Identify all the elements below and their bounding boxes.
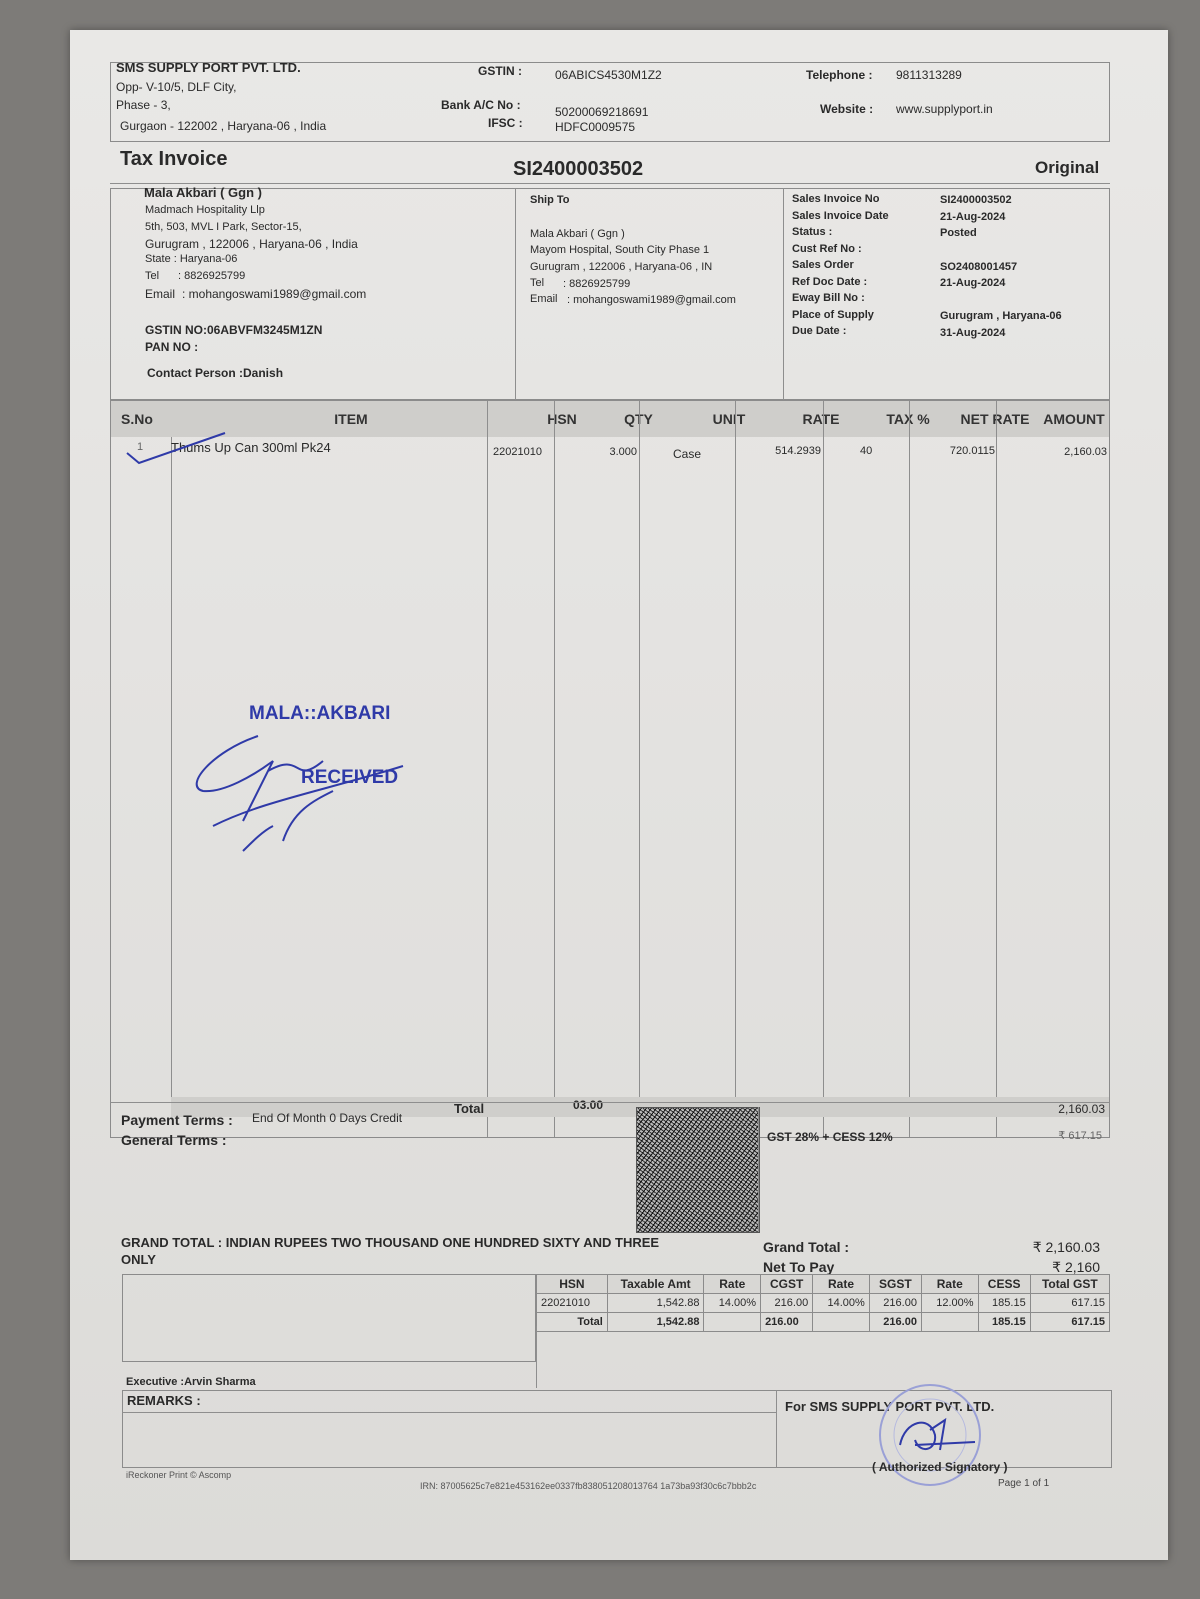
- company-name: SMS SUPPLY PORT PVT. LTD.: [116, 60, 301, 75]
- bank-label: Bank A/C No :: [441, 98, 521, 112]
- ship-to-email-label: Email: [530, 293, 558, 305]
- grand-total-label: Grand Total :: [763, 1239, 849, 1255]
- checkmark-icon: [125, 431, 235, 471]
- gst-cell: 1,542.88: [607, 1294, 704, 1313]
- gst-col-hsn: HSN: [537, 1275, 608, 1294]
- gst-cell: 216.00: [761, 1313, 813, 1332]
- page-number: Page 1 of 1: [998, 1478, 1049, 1489]
- website-label: Website :: [820, 102, 873, 116]
- meta-label: Eway Bill No :: [792, 292, 865, 304]
- meta-label: Place of Supply: [792, 309, 874, 321]
- software-credit: iReckoner Print © Ascomp: [126, 1470, 231, 1480]
- company-address-1: Opp- V-10/5, DLF City,: [116, 80, 237, 94]
- gst-cell: 185.15: [978, 1294, 1030, 1313]
- col-rate: RATE: [777, 401, 865, 437]
- ship-to-tel-label: Tel: [530, 277, 544, 289]
- gst-cell: 12.00%: [921, 1294, 978, 1313]
- handwritten-signature-icon: [183, 731, 423, 861]
- row-hsn: 22021010: [493, 446, 542, 458]
- document-title: Tax Invoice: [120, 148, 227, 171]
- ship-to-heading: Ship To: [530, 194, 570, 206]
- invoice-number: SI2400003502: [513, 158, 643, 181]
- bill-to-email-label: Email: [145, 287, 175, 301]
- gst-cell: 22021010: [537, 1294, 608, 1313]
- meta-label: Sales Invoice Date: [792, 210, 889, 222]
- row-amount: 2,160.03: [1011, 446, 1107, 458]
- total-amount: 2,160.03: [1011, 1102, 1105, 1116]
- gst-col-cess-rate: Rate: [921, 1275, 978, 1294]
- gst-col-cgst-rate: Rate: [704, 1275, 761, 1294]
- gst-row: 22021010 1,542.88 14.00% 216.00 14.00% 2…: [537, 1294, 1110, 1313]
- received-stamp-name: MALA::AKBARI: [249, 703, 390, 725]
- meta-label: Due Date :: [792, 325, 846, 337]
- telephone-label: Telephone :: [806, 68, 872, 82]
- copy-type: Original: [1035, 158, 1099, 178]
- meta-value: Posted: [940, 227, 977, 239]
- gst-cell: 1,542.88: [607, 1313, 704, 1332]
- total-qty: 03.00: [573, 1098, 603, 1112]
- remarks-label: REMARKS :: [127, 1393, 201, 1408]
- gst-col-cgst: CGST: [761, 1275, 813, 1294]
- bill-to-state: State : Haryana-06: [145, 253, 237, 265]
- meta-value: SO2408001457: [940, 261, 1017, 273]
- irn: IRN: 87005625c7e821e453162ee0337fb838051…: [420, 1481, 756, 1491]
- row-rate: 514.2939: [741, 445, 821, 457]
- gst-breakdown-table: HSN Taxable Amt Rate CGST Rate SGST Rate…: [536, 1274, 1110, 1332]
- gst-cell: 14.00%: [704, 1294, 761, 1313]
- qr-code: [636, 1107, 760, 1233]
- gst-cell: 216.00: [869, 1313, 921, 1332]
- ifsc-label: IFSC :: [488, 116, 523, 130]
- meta-value: 21-Aug-2024: [940, 211, 1005, 223]
- col-amount: AMOUNT: [1039, 401, 1109, 437]
- bill-to-company: Madmach Hospitality Llp: [145, 204, 265, 216]
- gst-cell: 216.00: [869, 1294, 921, 1313]
- meta-label: Ref Doc Date :: [792, 276, 867, 288]
- ship-to-email: : mohangoswami1989@gmail.com: [567, 294, 736, 306]
- col-unit: UNIT: [681, 401, 777, 437]
- meta-value: Gurugram , Haryana-06: [940, 310, 1062, 322]
- gst-col-cess: CESS: [978, 1275, 1030, 1294]
- general-terms-label: General Terms :: [121, 1132, 227, 1148]
- gst-col-sgst: SGST: [869, 1275, 921, 1294]
- bill-to-address-2: Gurugram , 122006 , Haryana-06 , India: [145, 237, 358, 251]
- gst-col-total: Total GST: [1030, 1275, 1109, 1294]
- website-link[interactable]: www.supplyport.in: [896, 102, 993, 116]
- items-table-header: S.No ITEM HSN QTY UNIT RATE TAX % NET RA…: [111, 401, 1109, 437]
- gst-col-taxable: Taxable Amt: [607, 1275, 704, 1294]
- items-table: S.No ITEM HSN QTY UNIT RATE TAX % NET RA…: [110, 400, 1110, 1138]
- bill-to-address-1: 5th, 503, MVL I Park, Sector-15,: [145, 221, 302, 233]
- gst-cell: 185.15: [978, 1313, 1030, 1332]
- bill-to-contact: Contact Person :Danish: [147, 366, 283, 380]
- meta-label: Sales Order: [792, 259, 854, 271]
- bill-to-name: Mala Akbari ( Ggn ): [144, 185, 262, 200]
- executive: Executive :Arvin Sharma: [126, 1376, 256, 1388]
- meta-label: Status :: [792, 226, 832, 238]
- gst-cell: 617.15: [1030, 1313, 1109, 1332]
- total-label: Total: [454, 1101, 484, 1116]
- bill-to-gstin: GSTIN NO:06ABVFM3245M1ZN: [145, 323, 322, 337]
- gst-cell: 216.00: [761, 1294, 813, 1313]
- telephone-value: 9811313289: [896, 68, 962, 82]
- authorized-signatory: ( Authorized Signatory ): [872, 1460, 1008, 1474]
- gst-cell: [704, 1313, 761, 1332]
- gst-cell: [921, 1313, 978, 1332]
- ifsc-value: HDFC0009575: [555, 120, 635, 134]
- grand-total-value: ₹ 2,160.03: [970, 1239, 1100, 1256]
- row-net-rate: 720.0115: [911, 445, 995, 457]
- gstin-label: GSTIN :: [478, 64, 522, 78]
- meta-label: Cust Ref No :: [792, 243, 862, 255]
- bank-value: 50200069218691: [555, 105, 648, 119]
- meta-label: Sales Invoice No: [792, 193, 879, 205]
- bill-to-email: : mohangoswami1989@gmail.com: [182, 287, 366, 301]
- invoice-paper: SMS SUPPLY PORT PVT. LTD. Opp- V-10/5, D…: [70, 30, 1168, 1560]
- gst-cell: [813, 1313, 870, 1332]
- meta-value: 31-Aug-2024: [940, 327, 1005, 339]
- grand-total-words-cont: ONLY: [121, 1252, 156, 1267]
- company-address-2: Phase - 3,: [116, 98, 171, 112]
- bill-to-tel-label: Tel: [145, 270, 159, 282]
- tax-summary-value: ₹ 617.15: [1010, 1129, 1102, 1142]
- col-hsn: HSN: [529, 401, 595, 437]
- bill-to-pan: PAN NO :: [145, 340, 198, 354]
- blank-box: [122, 1274, 536, 1362]
- gstin-value: 06ABICS4530M1Z2: [555, 68, 662, 82]
- ship-to-address-2: Gurugram , 122006 , Haryana-06 , IN: [530, 261, 712, 273]
- row-unit: Case: [673, 447, 701, 461]
- gst-total-row: Total 1,542.88 216.00 216.00 185.15 617.…: [537, 1313, 1110, 1332]
- tax-summary-label: GST 28% + CESS 12%: [767, 1130, 893, 1144]
- ship-to-address-1: Mayom Hospital, South City Phase 1: [530, 244, 709, 256]
- net-to-pay-label: Net To Pay: [763, 1259, 834, 1275]
- gst-cell: 617.15: [1030, 1294, 1109, 1313]
- row-tax: 40: [860, 445, 872, 457]
- payment-terms-value: End Of Month 0 Days Credit: [252, 1111, 402, 1125]
- meta-value: SI2400003502: [940, 194, 1012, 206]
- company-address-3: Gurgaon - 122002 , Haryana-06 , India: [120, 119, 326, 133]
- gst-cell: 14.00%: [813, 1294, 870, 1313]
- ship-to-tel: : 8826925799: [563, 278, 630, 290]
- payment-terms-label: Payment Terms :: [121, 1112, 233, 1128]
- gst-col-sgst-rate: Rate: [813, 1275, 870, 1294]
- meta-value: 21-Aug-2024: [940, 277, 1005, 289]
- col-net-rate: NET RATE: [951, 401, 1039, 437]
- ship-to-name: Mala Akbari ( Ggn ): [530, 228, 625, 240]
- row-qty: 3.000: [581, 446, 637, 458]
- col-tax: TAX %: [865, 401, 951, 437]
- grand-total-words: GRAND TOTAL : INDIAN RUPEES TWO THOUSAND…: [121, 1235, 659, 1250]
- gst-cell: Total: [537, 1313, 608, 1332]
- bill-to-tel: : 8826925799: [178, 270, 245, 282]
